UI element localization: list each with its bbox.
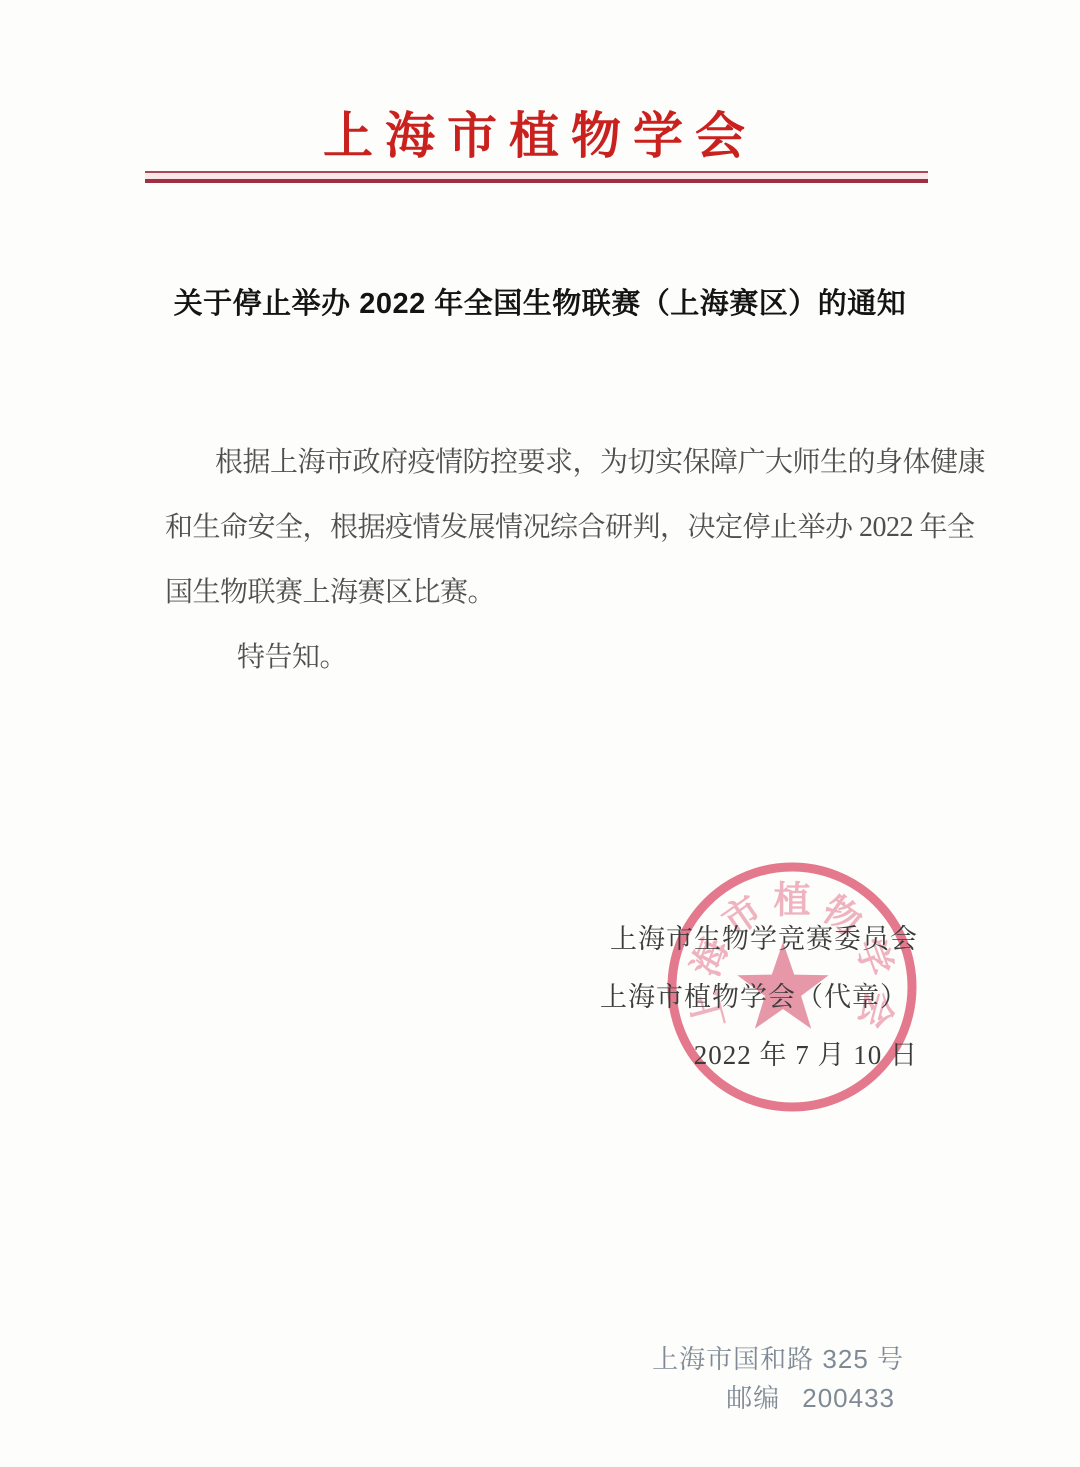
closing-line: 特告知。: [165, 625, 935, 690]
footer-address: 上海市国和路 325 号: [652, 1340, 904, 1379]
notice-title: 关于停止举办 2022 年全国生物联赛（上海赛区）的通知: [0, 281, 1080, 322]
footer-block: 上海市国和路 325 号 邮编200433: [652, 1340, 904, 1418]
letterhead-rule: [145, 171, 928, 183]
signature-date: 2022 年 7 月 10 日: [600, 1026, 918, 1084]
signature-committee: 上海市生物学竞赛委员会: [600, 910, 918, 968]
body-line-3: 国生物联赛上海赛区比赛。: [165, 560, 935, 625]
footer-postcode-value: 200433: [802, 1383, 895, 1413]
notice-body: 根据上海市政府疫情防控要求，为切实保障广大师生的身体健康 和生命安全，根据疫情发…: [165, 430, 935, 690]
signature-block: 上海市生物学竞赛委员会 上海市植物学会（代章） 2022 年 7 月 10 日: [600, 910, 918, 1084]
body-line-2: 和生命安全，根据疫情发展情况综合研判，决定停止举办 2022 年全: [165, 495, 935, 560]
signature-society: 上海市植物学会（代章）: [600, 968, 918, 1026]
letterhead-org-name: 上海市植物学会: [0, 96, 1080, 168]
notice-page: 上海市植物学会 关于停止举办 2022 年全国生物联赛（上海赛区）的通知 根据上…: [0, 0, 1080, 1467]
body-line-1: 根据上海市政府疫情防控要求，为切实保障广大师生的身体健康: [165, 430, 935, 495]
footer-postcode-label: 邮编: [726, 1383, 780, 1413]
footer-postcode-row: 邮编200433: [652, 1379, 904, 1418]
